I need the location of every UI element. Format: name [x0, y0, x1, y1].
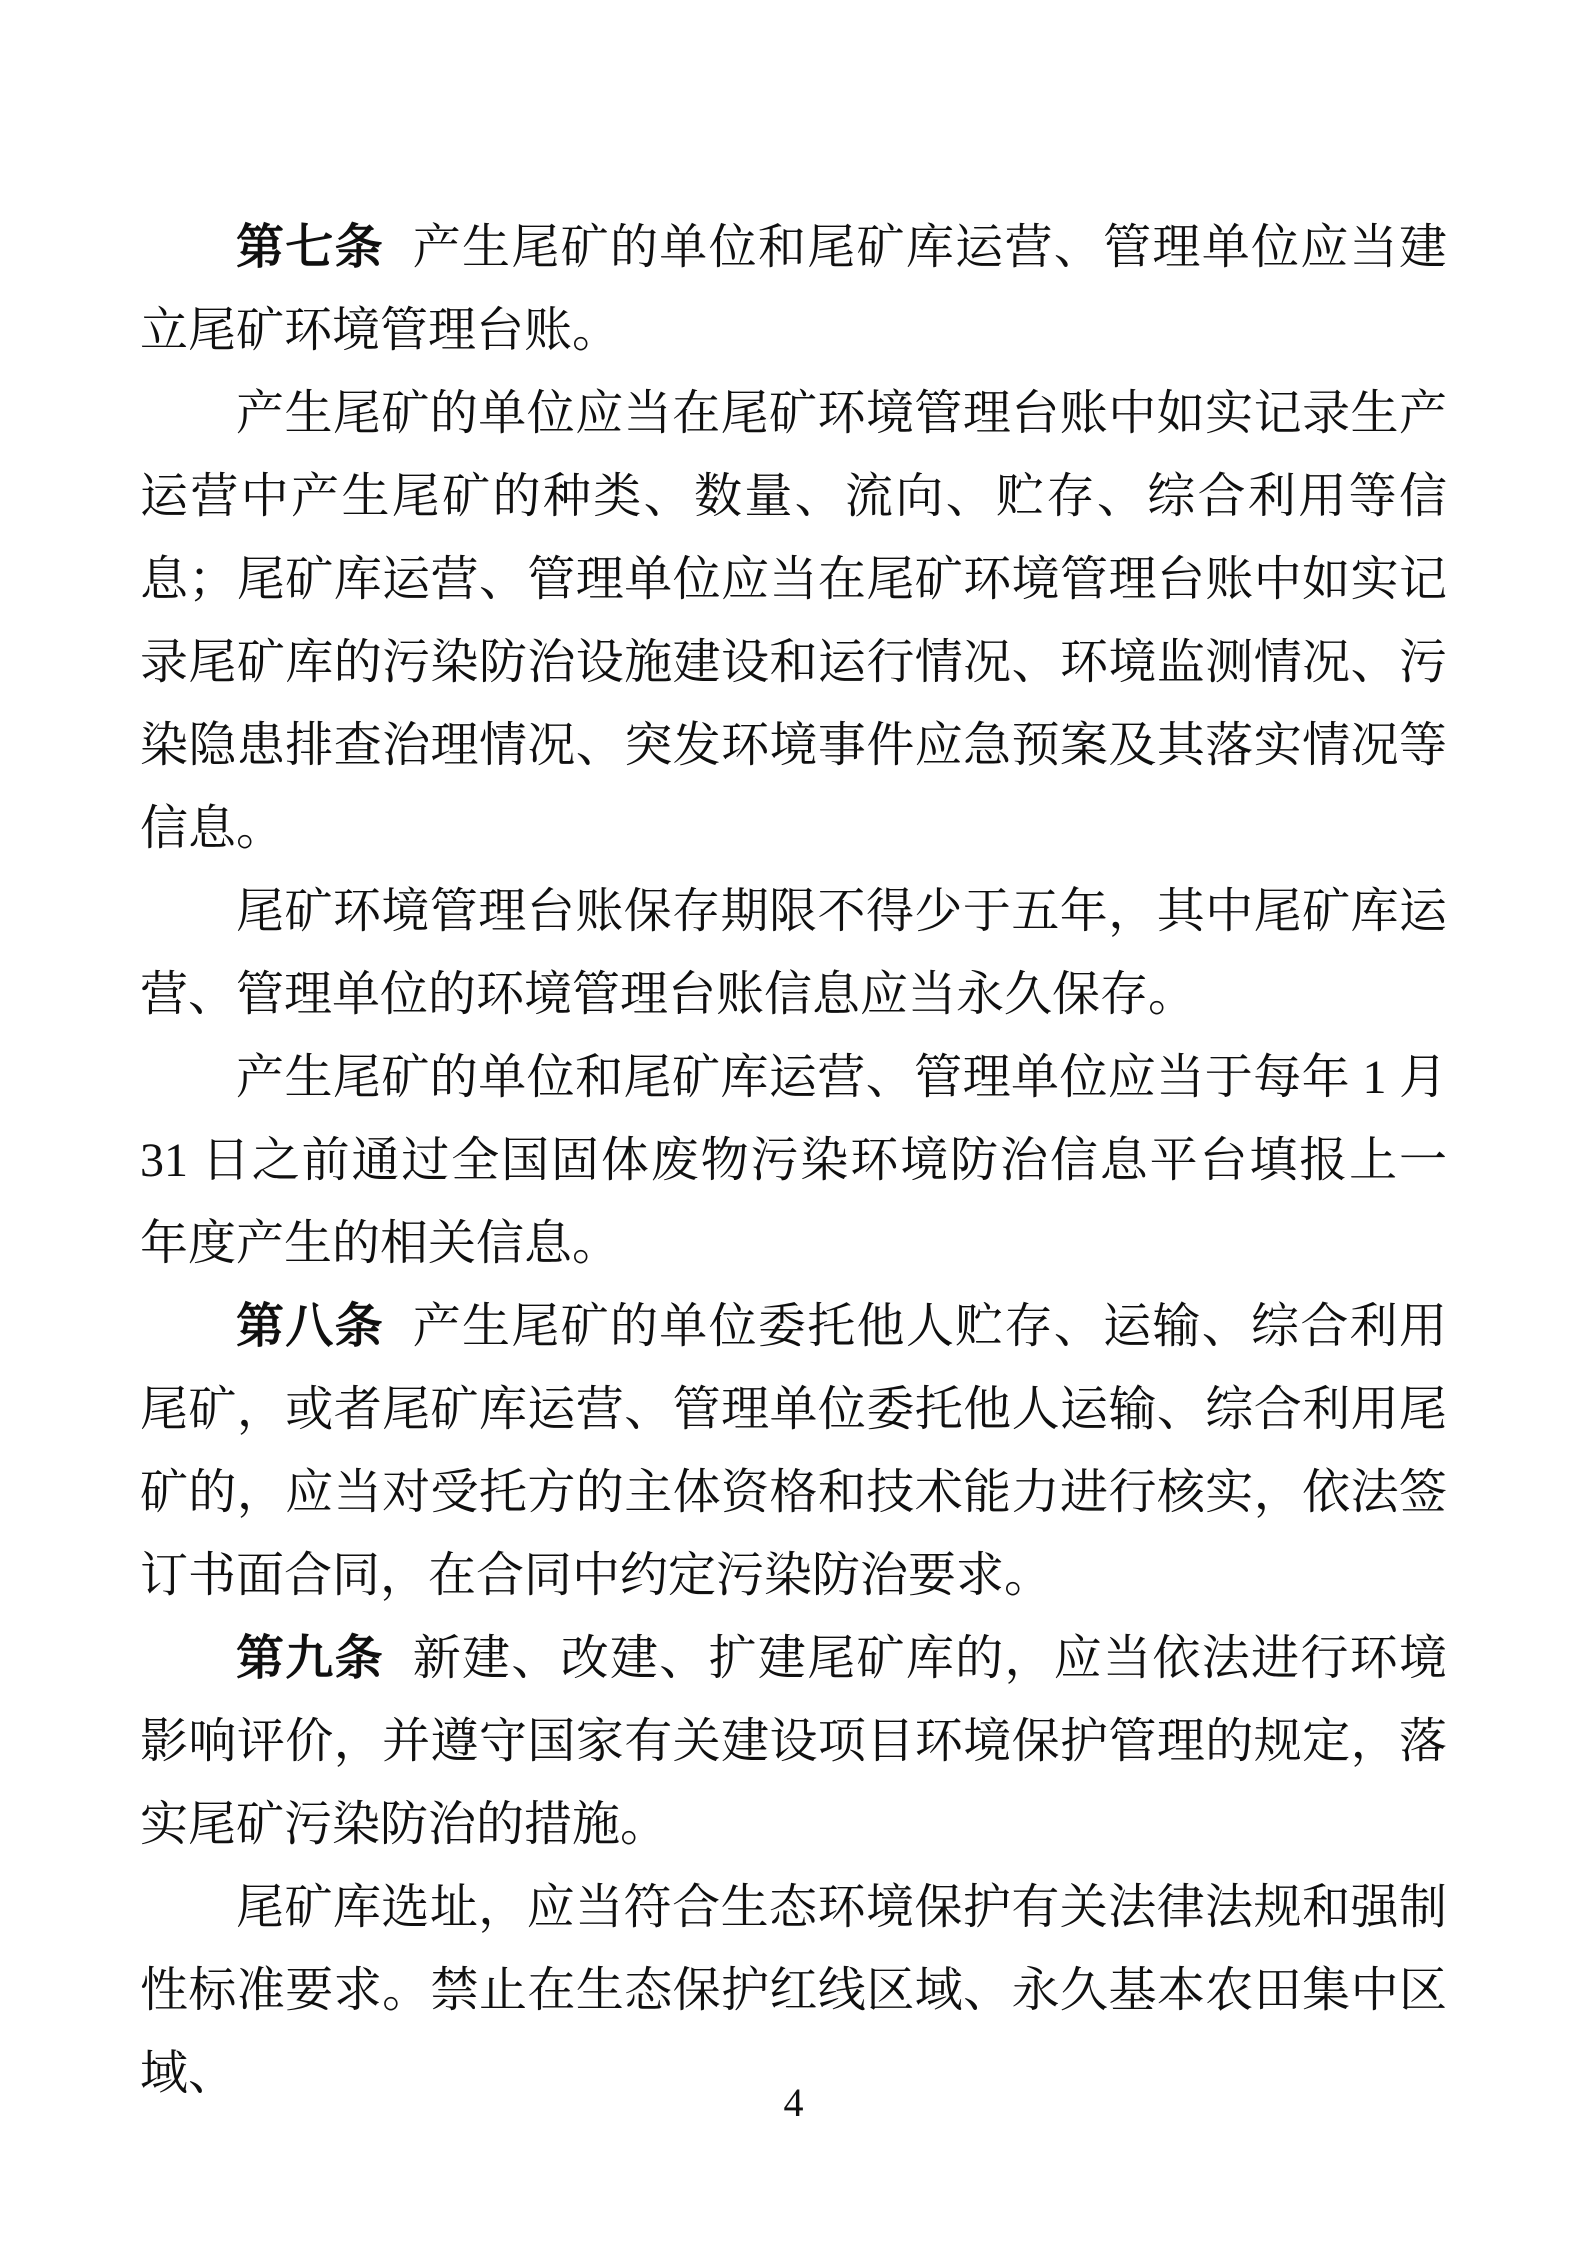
paragraph: 产生尾矿的单位应当在尾矿环境管理台账中如实记录生产运营中产生尾矿的种类、数量、流… — [140, 372, 1447, 870]
paragraph-text: 产生尾矿的单位应当在尾矿环境管理台账中如实记录生产运营中产生尾矿的种类、数量、流… — [140, 387, 1447, 855]
article-number: 第七条 — [236, 221, 384, 274]
paragraph: 产生尾矿的单位和尾矿库运营、管理单位应当于每年 1 月 31 日之前通过全国固体… — [140, 1036, 1447, 1285]
paragraph: 尾矿环境管理台账保存期限不得少于五年，其中尾矿库运营、管理单位的环境管理台账信息… — [140, 870, 1447, 1036]
paragraph: 第七条产生尾矿的单位和尾矿库运营、管理单位应当建立尾矿环境管理台账。 — [140, 206, 1447, 372]
document-page: 第七条产生尾矿的单位和尾矿库运营、管理单位应当建立尾矿环境管理台账。 产生尾矿的… — [0, 0, 1587, 2245]
document-body: 第七条产生尾矿的单位和尾矿库运营、管理单位应当建立尾矿环境管理台账。 产生尾矿的… — [140, 206, 1447, 2115]
article-number: 第八条 — [236, 1300, 384, 1353]
paragraph: 第八条产生尾矿的单位委托他人贮存、运输、综合利用尾矿，或者尾矿库运营、管理单位委… — [140, 1285, 1447, 1617]
paragraph-text: 产生尾矿的单位和尾矿库运营、管理单位应当于每年 1 月 31 日之前通过全国固体… — [140, 1051, 1447, 1270]
article-number: 第九条 — [236, 1632, 384, 1685]
paragraph: 第九条新建、改建、扩建尾矿库的，应当依法进行环境影响评价，并遵守国家有关建设项目… — [140, 1617, 1447, 1866]
paragraph-text: 尾矿库选址，应当符合生态环境保护有关法律法规和强制性标准要求。禁止在生态保护红线… — [140, 1881, 1447, 2100]
paragraph-text: 尾矿环境管理台账保存期限不得少于五年，其中尾矿库运营、管理单位的环境管理台账信息… — [140, 885, 1447, 1021]
page-number: 4 — [0, 2078, 1587, 2128]
